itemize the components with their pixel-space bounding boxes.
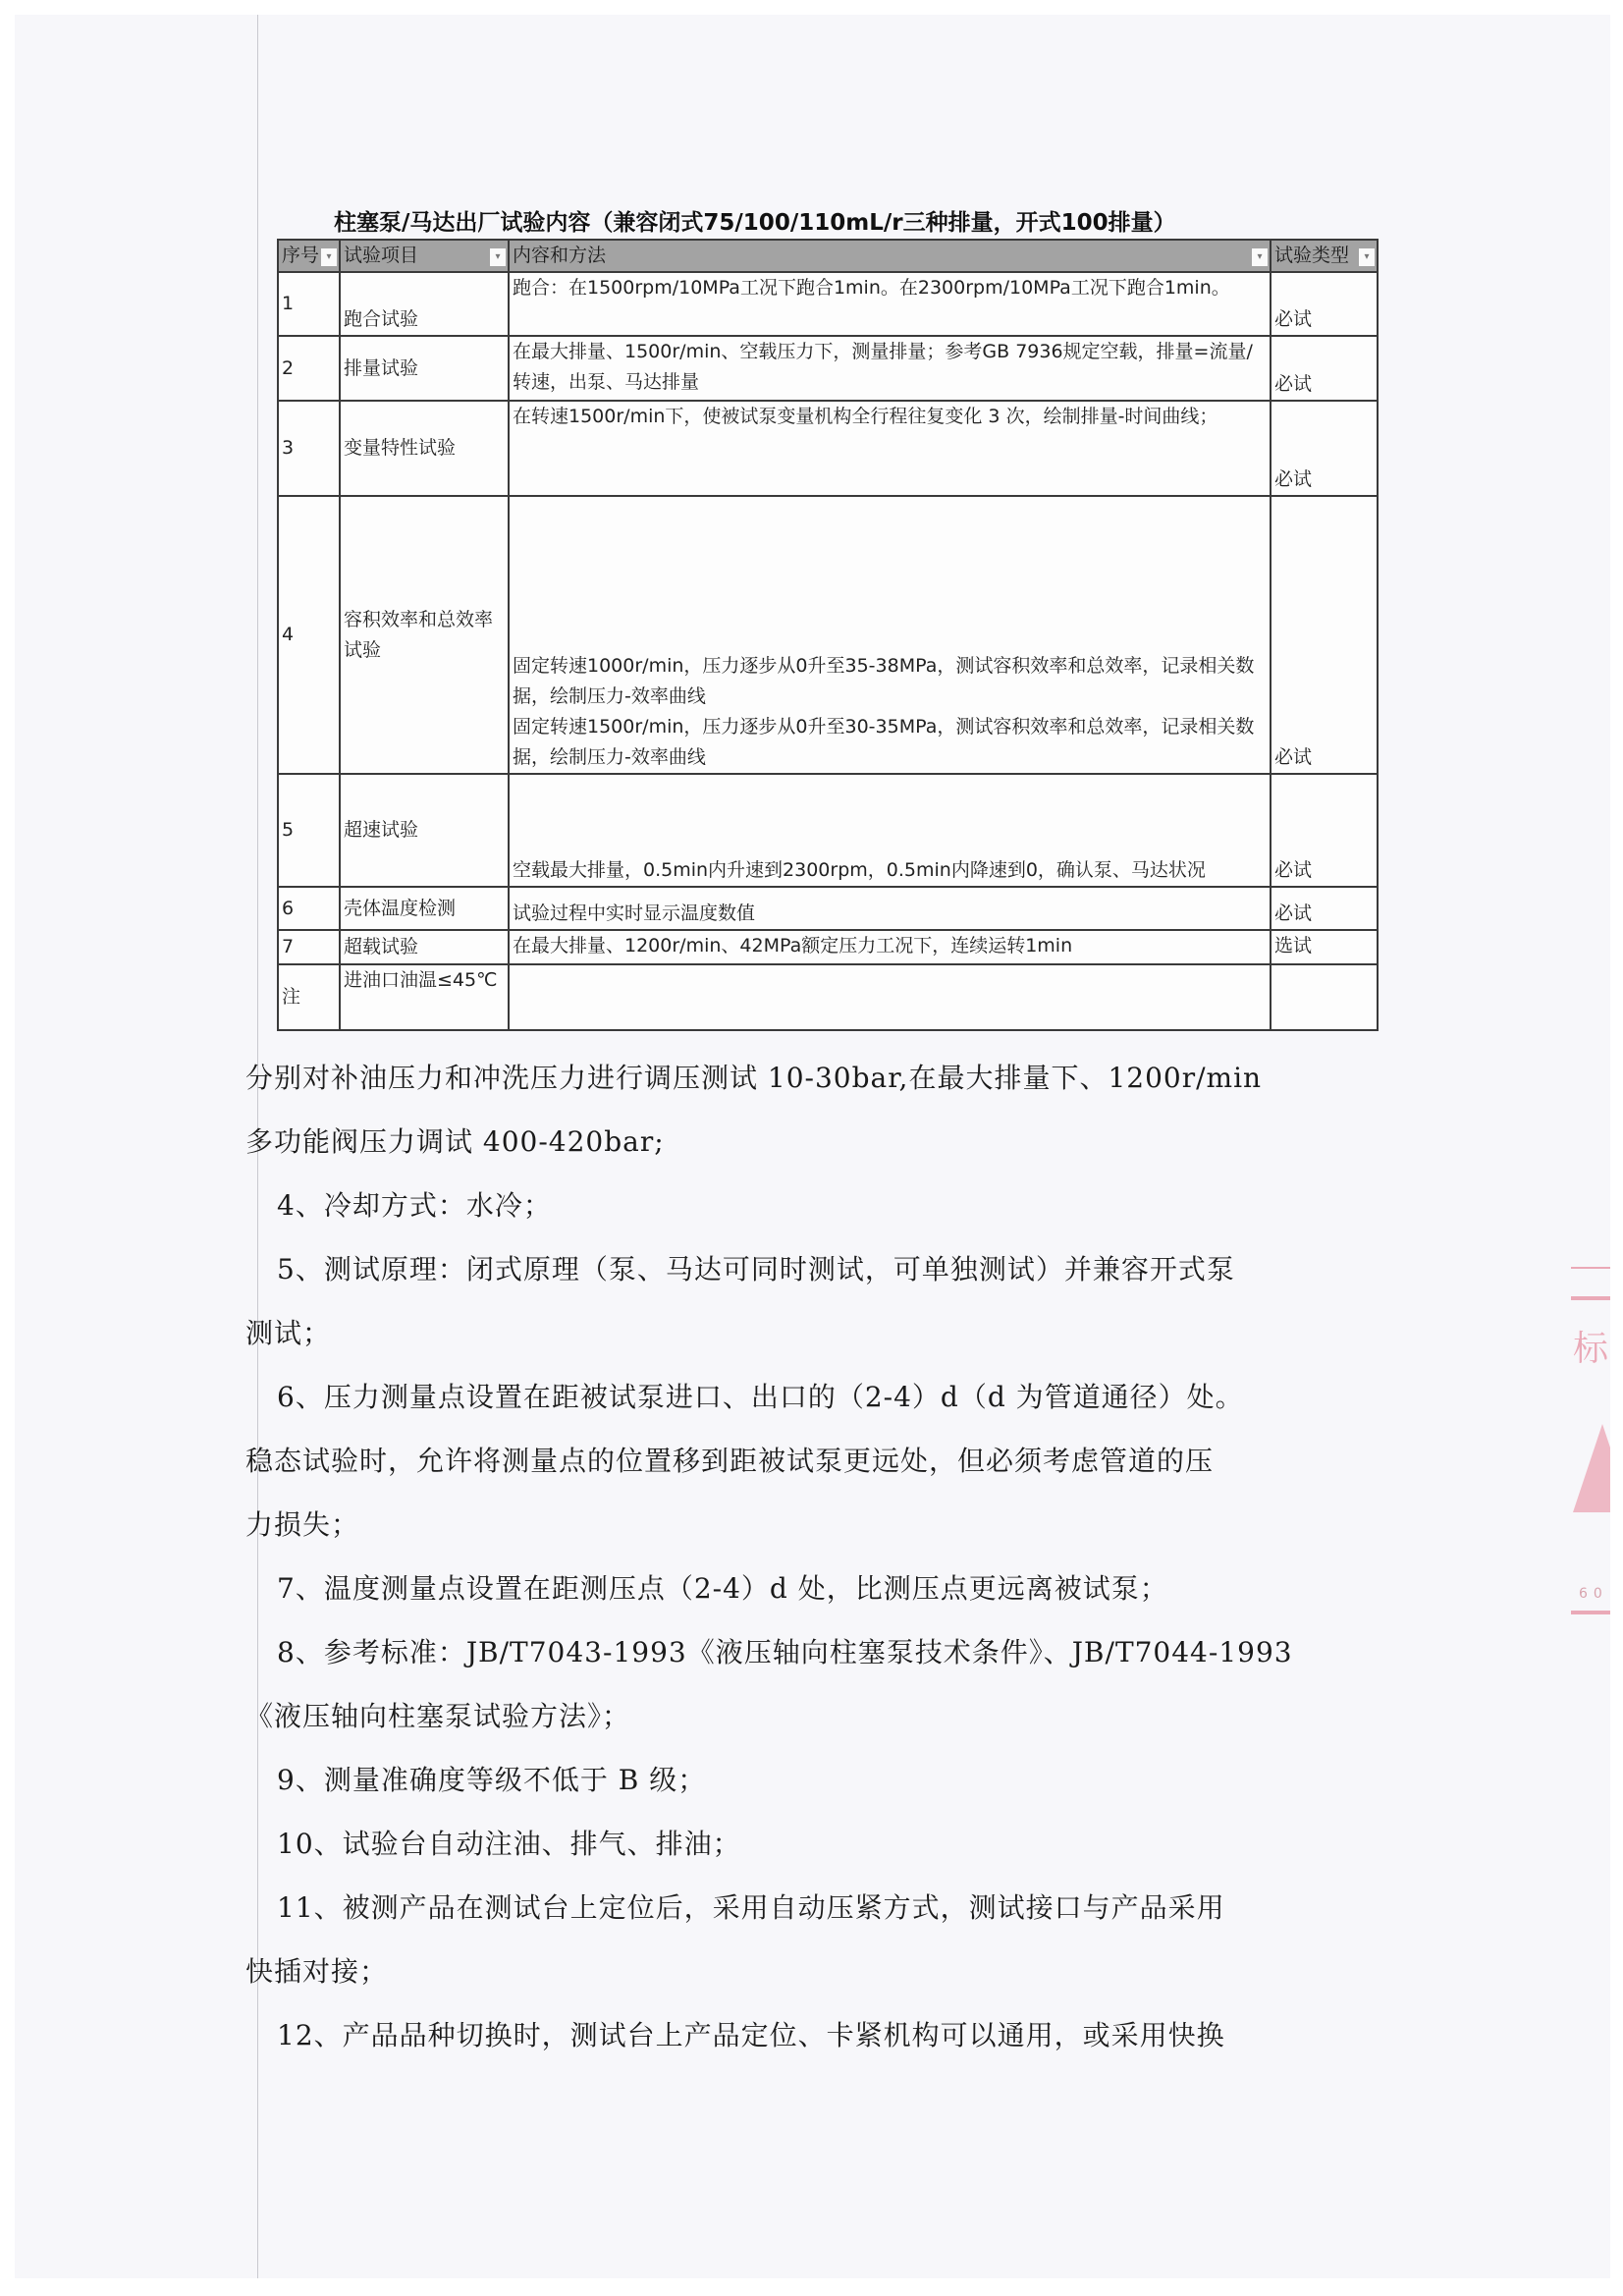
- cell-content: 空载最大排量，0.5min内升速到2300rpm，0.5min内降速到0，确认泵…: [509, 774, 1271, 887]
- cell-type: 选试: [1271, 930, 1378, 964]
- table-row: 5 超速试验 空载最大排量，0.5min内升速到2300rpm，0.5min内降…: [278, 774, 1378, 887]
- content-line: 固定转速1000r/min，压力逐步从0升至35-38MPa，测试容积效率和总效…: [513, 651, 1267, 712]
- cell-content: 在最大排量、1500r/min、空载压力下，测量排量；参考GB 7936规定空载…: [509, 336, 1271, 401]
- cell-type: 必试: [1271, 774, 1378, 887]
- table-row: 6 壳体温度检测 试验过程中实时显示温度数值 必试: [278, 887, 1378, 930]
- body-line: 《液压轴向柱塞泵试验方法》；: [245, 1684, 1375, 1748]
- cell-item: 排量试验: [340, 336, 509, 401]
- body-text: 分别对补油压力和冲洗压力进行调压测试 10-30bar,在最大排量下、1200r…: [245, 1046, 1375, 2067]
- stamp-border-line: [1571, 1611, 1610, 1614]
- cell-type: 必试: [1271, 887, 1378, 930]
- cell-content: 试验过程中实时显示温度数值: [509, 887, 1271, 930]
- cell-item: 变量特性试验: [340, 401, 509, 496]
- table-note-row: 注 进油口油温≤45℃: [278, 964, 1378, 1030]
- table-row: 4 容积效率和总效率试验 固定转速1000r/min，压力逐步从0升至35-38…: [278, 496, 1378, 774]
- header-item: 试验项目▾: [340, 240, 509, 272]
- cell-type: 必试: [1271, 272, 1378, 336]
- table-row: 2 排量试验 在最大排量、1500r/min、空载压力下，测量排量；参考GB 7…: [278, 336, 1378, 401]
- cell-no: 1: [278, 272, 340, 336]
- cell-item: 超速试验: [340, 774, 509, 887]
- cell-content: [509, 964, 1271, 1030]
- body-line: 4、冷却方式：水冷；: [245, 1174, 1375, 1237]
- stamp-border-line: [1571, 1267, 1610, 1269]
- body-line: 稳态试验时，允许将测量点的位置移到距被试泵更远处，但必须考虑管道的压: [245, 1429, 1375, 1493]
- cell-no: 2: [278, 336, 340, 401]
- filter-dropdown-icon[interactable]: ▾: [490, 248, 506, 266]
- table-row: 1 跑合试验 跑合：在1500rpm/10MPa工况下跑合1min。在2300r…: [278, 272, 1378, 336]
- cell-item: 壳体温度检测: [340, 887, 509, 930]
- cell-content: 在最大排量、1200r/min、42MPa额定压力工况下，连续运转1min: [509, 930, 1271, 964]
- table-row: 7 超载试验 在最大排量、1200r/min、42MPa额定压力工况下，连续运转…: [278, 930, 1378, 964]
- body-line: 8、参考标准：JB/T7043-1993《液压轴向柱塞泵技术条件》、JB/T70…: [245, 1620, 1375, 1684]
- table-title: 柱塞泵/马达出厂试验内容（兼容闭式75/100/110mL/r三种排量，开式10…: [334, 204, 1316, 237]
- cell-type: [1271, 964, 1378, 1030]
- cell-note-label: 注: [278, 964, 340, 1030]
- table-row: 3 变量特性试验 在转速1500r/min下，使被试泵变量机构全行程往复变化 3…: [278, 401, 1378, 496]
- body-line: 7、温度测量点设置在距测压点（2-4）d 处，比测压点更远离被试泵；: [245, 1557, 1375, 1620]
- cell-type: 必试: [1271, 401, 1378, 496]
- filter-dropdown-icon[interactable]: ▾: [1359, 248, 1375, 266]
- body-line: 多功能阀压力调试 400-420bar;: [245, 1110, 1375, 1174]
- cell-item: 跑合试验: [340, 272, 509, 336]
- header-type: 试验类型▾: [1271, 240, 1378, 272]
- stamp-border-line: [1571, 1296, 1610, 1300]
- cell-no: 7: [278, 930, 340, 964]
- body-line: 测试；: [245, 1301, 1375, 1365]
- stamp-digits: 60: [1579, 1586, 1608, 1602]
- filter-dropdown-icon[interactable]: ▾: [1252, 248, 1268, 266]
- body-line: 10、试验台自动注油、排气、排油；: [245, 1812, 1375, 1876]
- body-line: 11、被测产品在测试台上定位后，采用自动压紧方式，测试接口与产品采用: [245, 1876, 1375, 1940]
- cell-no: 5: [278, 774, 340, 887]
- cell-content: 跑合：在1500rpm/10MPa工况下跑合1min。在2300rpm/10MP…: [509, 272, 1271, 336]
- filter-dropdown-icon[interactable]: ▾: [321, 248, 337, 266]
- content-line: 固定转速1500r/min，压力逐步从0升至30-35MPa，测试容积效率和总效…: [513, 712, 1267, 773]
- stamp-star-icon: [1573, 1424, 1610, 1512]
- cell-item: 容积效率和总效率试验: [340, 496, 509, 774]
- body-line: 9、测量准确度等级不低于 B 级；: [245, 1748, 1375, 1812]
- cell-no: 4: [278, 496, 340, 774]
- cell-type: 必试: [1271, 496, 1378, 774]
- body-line: 12、产品品种切换时，测试台上产品定位、卡紧机构可以通用，或采用快换: [245, 2003, 1375, 2067]
- table-header-row: 序号▾ 试验项目▾ 内容和方法▾ 试验类型▾: [278, 240, 1378, 272]
- cell-no: 6: [278, 887, 340, 930]
- body-line: 力损失；: [245, 1493, 1375, 1557]
- cell-item: 超载试验: [340, 930, 509, 964]
- body-line: 5、测试原理：闭式原理（泵、马达可同时测试，可单独测试）并兼容开式泵: [245, 1237, 1375, 1301]
- cell-content: 固定转速1000r/min，压力逐步从0升至35-38MPa，测试容积效率和总效…: [509, 496, 1271, 774]
- test-content-table: 序号▾ 试验项目▾ 内容和方法▾ 试验类型▾ 1 跑合试验 跑合：在1500rp…: [277, 239, 1379, 1031]
- cell-note-text: 进油口油温≤45℃: [340, 964, 509, 1030]
- header-no: 序号▾: [278, 240, 340, 272]
- body-line: 分别对补油压力和冲洗压力进行调压测试 10-30bar,在最大排量下、1200r…: [245, 1046, 1375, 1110]
- body-line: 6、压力测量点设置在距被试泵进口、出口的（2-4）d（d 为管道通径）处。: [245, 1365, 1375, 1429]
- body-line: 快插对接；: [245, 1940, 1375, 2003]
- cell-type: 必试: [1271, 336, 1378, 401]
- cell-content: 在转速1500r/min下，使被试泵变量机构全行程往复变化 3 次，绘制排量-时…: [509, 401, 1271, 496]
- red-seal-stamp: 标 60: [1561, 1257, 1610, 1630]
- header-content: 内容和方法▾: [509, 240, 1271, 272]
- cell-no: 3: [278, 401, 340, 496]
- stamp-character: 标: [1573, 1321, 1608, 1371]
